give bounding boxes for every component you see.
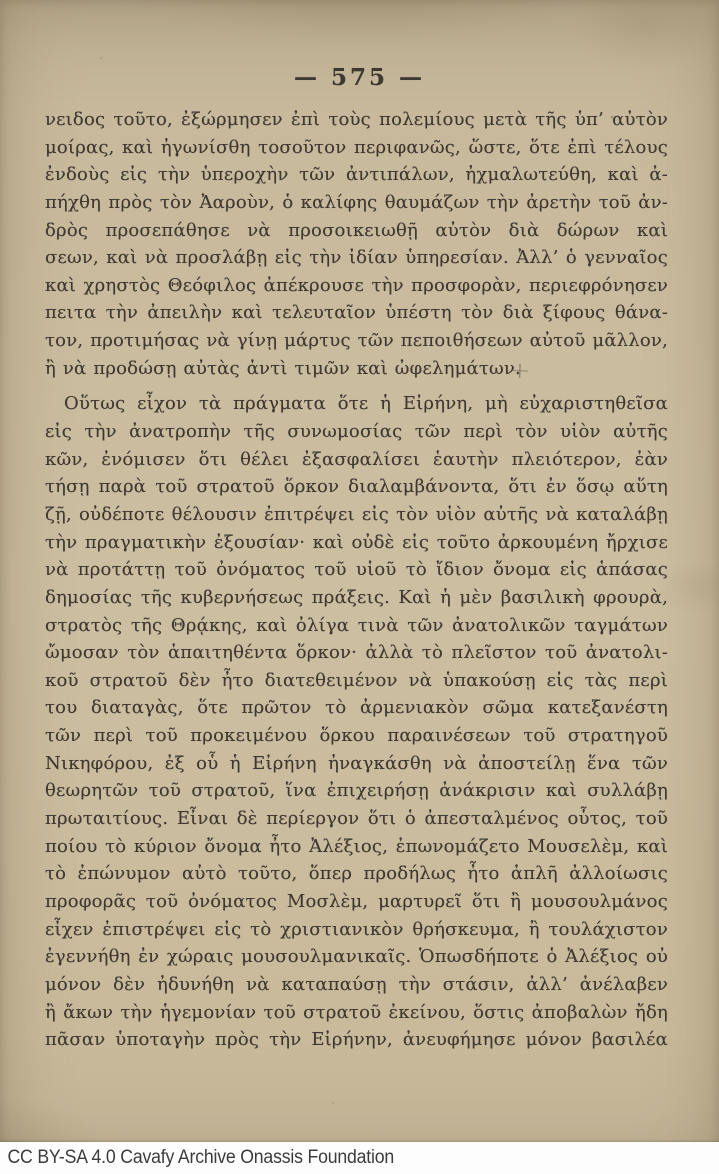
text-line: δρὸς προσεπάθησε νὰ προσοικειωθῇ αὐτὸν δ…	[45, 217, 668, 245]
text-line: στρατὸς τῆς Θρᾴκης, καὶ ὀλίγα τινὰ τῶν ἀ…	[45, 612, 668, 640]
text-line: θεωρητῶν τοῦ στρατοῦ, ἵνα ἐπιχειρήσῃ ἀνά…	[45, 777, 668, 805]
text-line: πήχθη πρὸς τὸν Ἀαροὺν, ὁ καλίφης θαυμάζω…	[45, 189, 668, 217]
text-line: ὤμοσαν τὸν ἀπαιτηθέντα ὅρκον· ἀλλὰ τὸ πλ…	[45, 639, 668, 667]
text-line: εἶχεν ἐπιστρέψει εἰς τὸ χριστιανικὸν θρή…	[45, 916, 668, 944]
text-line: εἰς τὴν ἀνατροπὴν τῆς συνωμοσίας τῶν περ…	[45, 418, 668, 446]
text-line: ἐγεννήθη ἐν χώραις μουσουλμανικαῖς. Ὁπωσ…	[45, 943, 668, 971]
license-text: CC BY-SA 4.0 Cavafy Archive Onassis Foun…	[0, 1147, 394, 1169]
text-line: κῶν, ἐνόμισεν ὅτι θέλει ἐξασφαλίσει ἑαυτ…	[45, 446, 668, 474]
text-line: τήσῃ παρὰ τοῦ στρατοῦ ὅρκον διαλαμβάνοντ…	[45, 473, 668, 501]
text-line: μοίρας, καὶ ἠγωνίσθη τοσοῦτον περιφανῶς,…	[45, 134, 668, 162]
text-line: πειτα τὴν ἀπειλὴν καὶ τελευταῖον ὑπέστη …	[45, 299, 668, 327]
text-line: πρωταιτίους. Εἶναι δὲ περίεργον ὅτι ὁ ἀπ…	[45, 805, 668, 833]
pencil-cross-annotation: +	[509, 358, 532, 384]
text-line: ζῇ, οὐδέποτε θέλουσιν ἐπιτρέψει εἰς τὸν …	[45, 501, 668, 529]
text-line: πᾶσαν ὑποταγὴν πρὸς τὴν Εἰρήνην, ἀνευφήμ…	[45, 1026, 668, 1054]
text-line: μόνον δὲν ἠδυνήθη νὰ καταπαύσῃ τὴν στάσι…	[45, 971, 668, 999]
text-line: ἢ νὰ προδώσῃ αὐτὰς ἀντὶ τιμῶν καὶ ὠφελημ…	[45, 355, 668, 383]
text-line: τον, προτιμήσας νὰ γίνῃ μάρτυς τῶν πεποι…	[45, 327, 668, 355]
license-bar: CC BY-SA 4.0 Cavafy Archive Onassis Foun…	[0, 1142, 719, 1174]
text-line: κοῦ στρατοῦ δὲν ἦτο διατεθειμένον νὰ ὑπα…	[45, 667, 668, 695]
paragraph: Οὕτως εἶχον τὰ πράγματα ὅτε ἡ Εἰρήνη, μὴ…	[45, 390, 668, 1053]
text-line: τὸ ἐπώνυμον αὐτὸ τοῦτο, ὅπερ προδήλως ἦτ…	[45, 860, 668, 888]
text-line: ἐνδοὺς εἰς τὴν ὑπεροχὴν τῶν ἀντιπάλων, ἠ…	[45, 161, 668, 189]
text-line: σεων, καὶ νὰ προσλάβῃ εἰς τὴν ἰδίαν ὑπηρ…	[45, 244, 668, 272]
text-line: τῶν περὶ τοῦ προκειμένου ὅρκου παραινέσε…	[45, 722, 668, 750]
text-line: νειδος τοῦτο, ἐξώρμησεν ἐπὶ τοὺς πολεμίο…	[45, 106, 668, 134]
text-line: δημοσίας τῆς κυβερνήσεως πράξεις. Καὶ ἡ …	[45, 584, 668, 612]
text-line: νὰ προτάττῃ τοῦ ὀνόματος τοῦ υἱοῦ τὸ ἴδι…	[45, 556, 668, 584]
scanned-page: — 575 — νειδος τοῦτο, ἐξώρμησεν ἐπὶ τοὺς…	[0, 0, 719, 1174]
page-number: — 575 —	[0, 64, 719, 91]
paragraph: νειδος τοῦτο, ἐξώρμησεν ἐπὶ τοὺς πολεμίο…	[45, 106, 668, 382]
text-line: ποίου τὸ κύριον ὄνομα ἦτο Ἀλέξιος, ἐπωνο…	[45, 833, 668, 861]
text-line: καὶ χρηστὸς Θεόφιλος ἀπέκρουσε τὴν προσφ…	[45, 272, 668, 300]
text-line: ἢ ἄκων τὴν ἡγεμονίαν τοῦ στρατοῦ ἐκείνου…	[45, 999, 668, 1027]
text-line: προφορᾶς τοῦ ὀνόματος Μοσλὲμ, μαρτυρεῖ ὅ…	[45, 888, 668, 916]
text-line: Νικηφόρου, ἐξ οὗ ἡ Εἰρήνη ἠναγκάσθη νὰ ἀ…	[45, 750, 668, 778]
text-line: τὴν πραγματικὴν ἐξουσίαν· καὶ οὐδὲ εἰς τ…	[45, 529, 668, 557]
text-line: Οὕτως εἶχον τὰ πράγματα ὅτε ἡ Εἰρήνη, μὴ…	[45, 390, 668, 418]
page-text: νειδος τοῦτο, ἐξώρμησεν ἐπὶ τοὺς πολεμίο…	[45, 106, 668, 1054]
text-line: του διαταγὰς, ὅτε πρῶτον τὸ ἀρμενιακὸν σ…	[45, 694, 668, 722]
